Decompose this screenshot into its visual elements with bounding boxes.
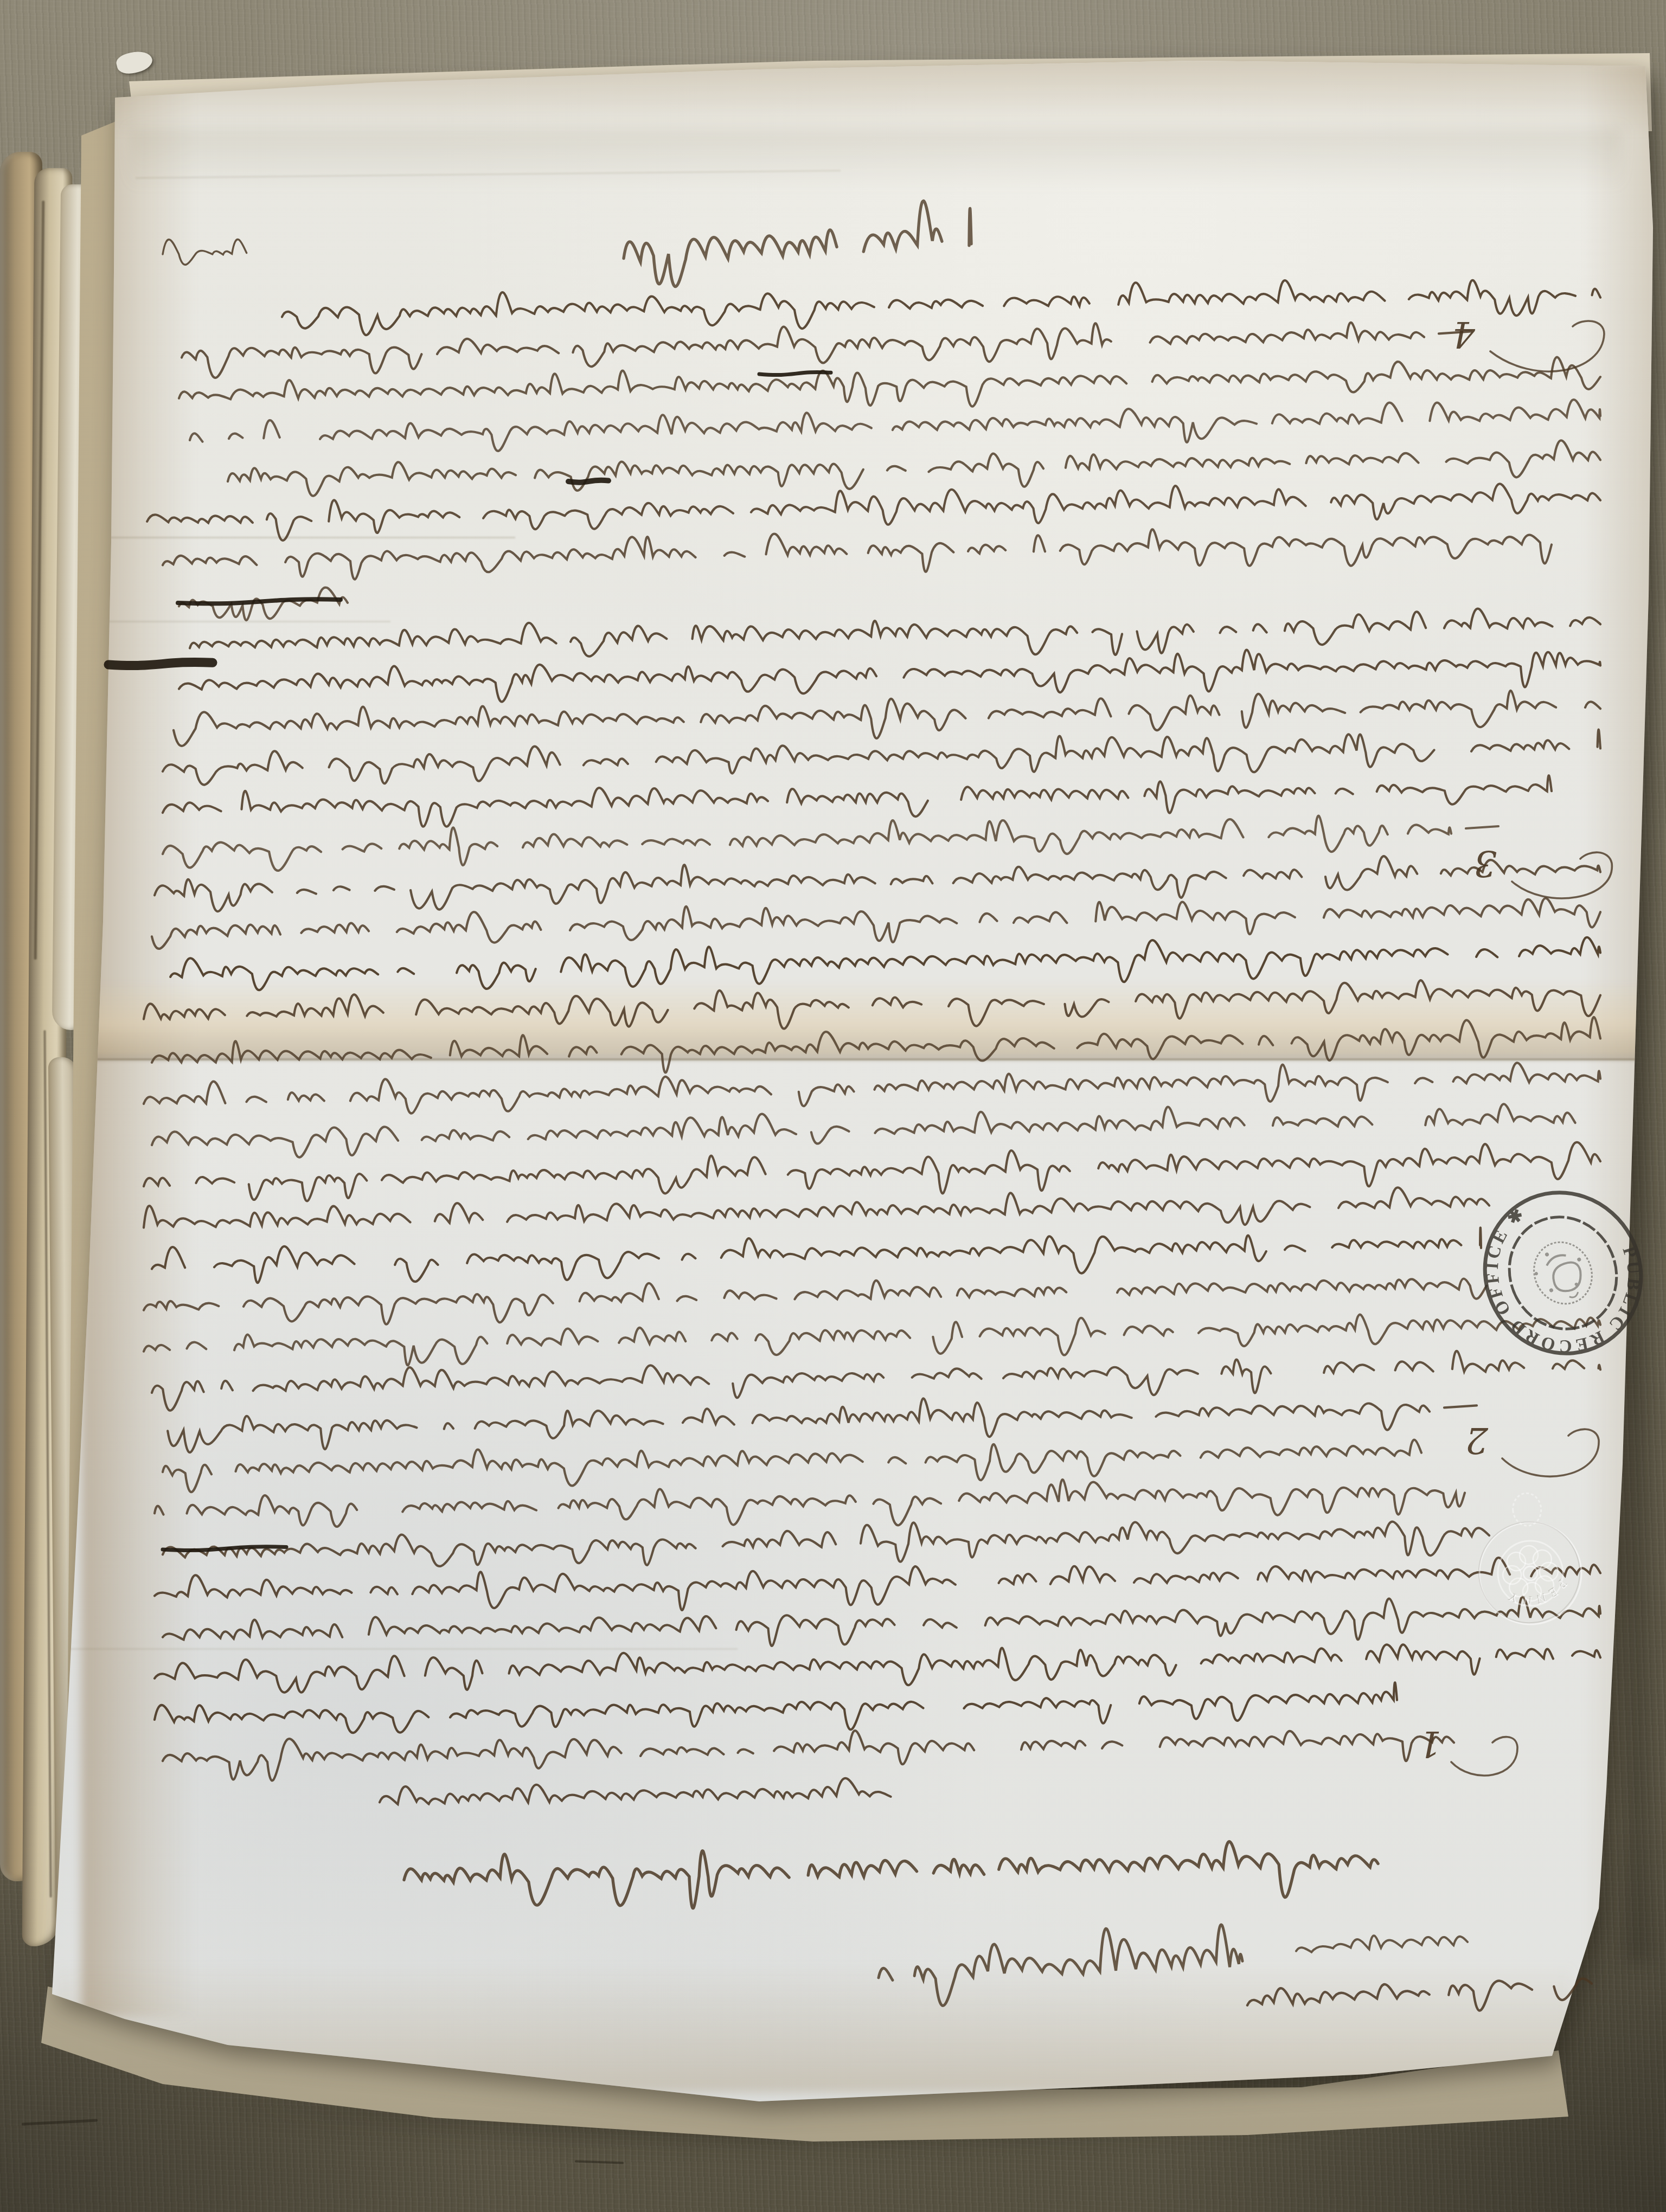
edge-stain	[81, 76, 195, 2017]
manuscript-sheet-wrap	[0, 0, 1666, 2212]
margin-number-2: 2	[1465, 1419, 1488, 1461]
edge-stain	[1584, 65, 1659, 1963]
paper-crease	[136, 170, 841, 179]
edge-stain	[108, 54, 1654, 136]
signature-charles-killigrew	[597, 206, 1009, 309]
paper-crease	[65, 621, 390, 622]
fold-tint-band	[52, 979, 1646, 1060]
margin-number-3: 3	[1474, 843, 1497, 884]
photograph-of-manuscript: PUBLIC RECORD OFFICE ✱	[0, 0, 1666, 2212]
margin-number-1: 1	[1419, 1723, 1441, 1765]
manuscript-sheet	[0, 0, 1666, 2212]
margin-number-4: 4	[1452, 313, 1475, 355]
fold-crease-line	[52, 1058, 1641, 1060]
paper-crease	[71, 537, 515, 538]
date-endorsement	[1236, 1930, 1627, 2044]
paper-wrinkle	[130, 129, 1622, 189]
paper-crease	[60, 1648, 738, 1650]
